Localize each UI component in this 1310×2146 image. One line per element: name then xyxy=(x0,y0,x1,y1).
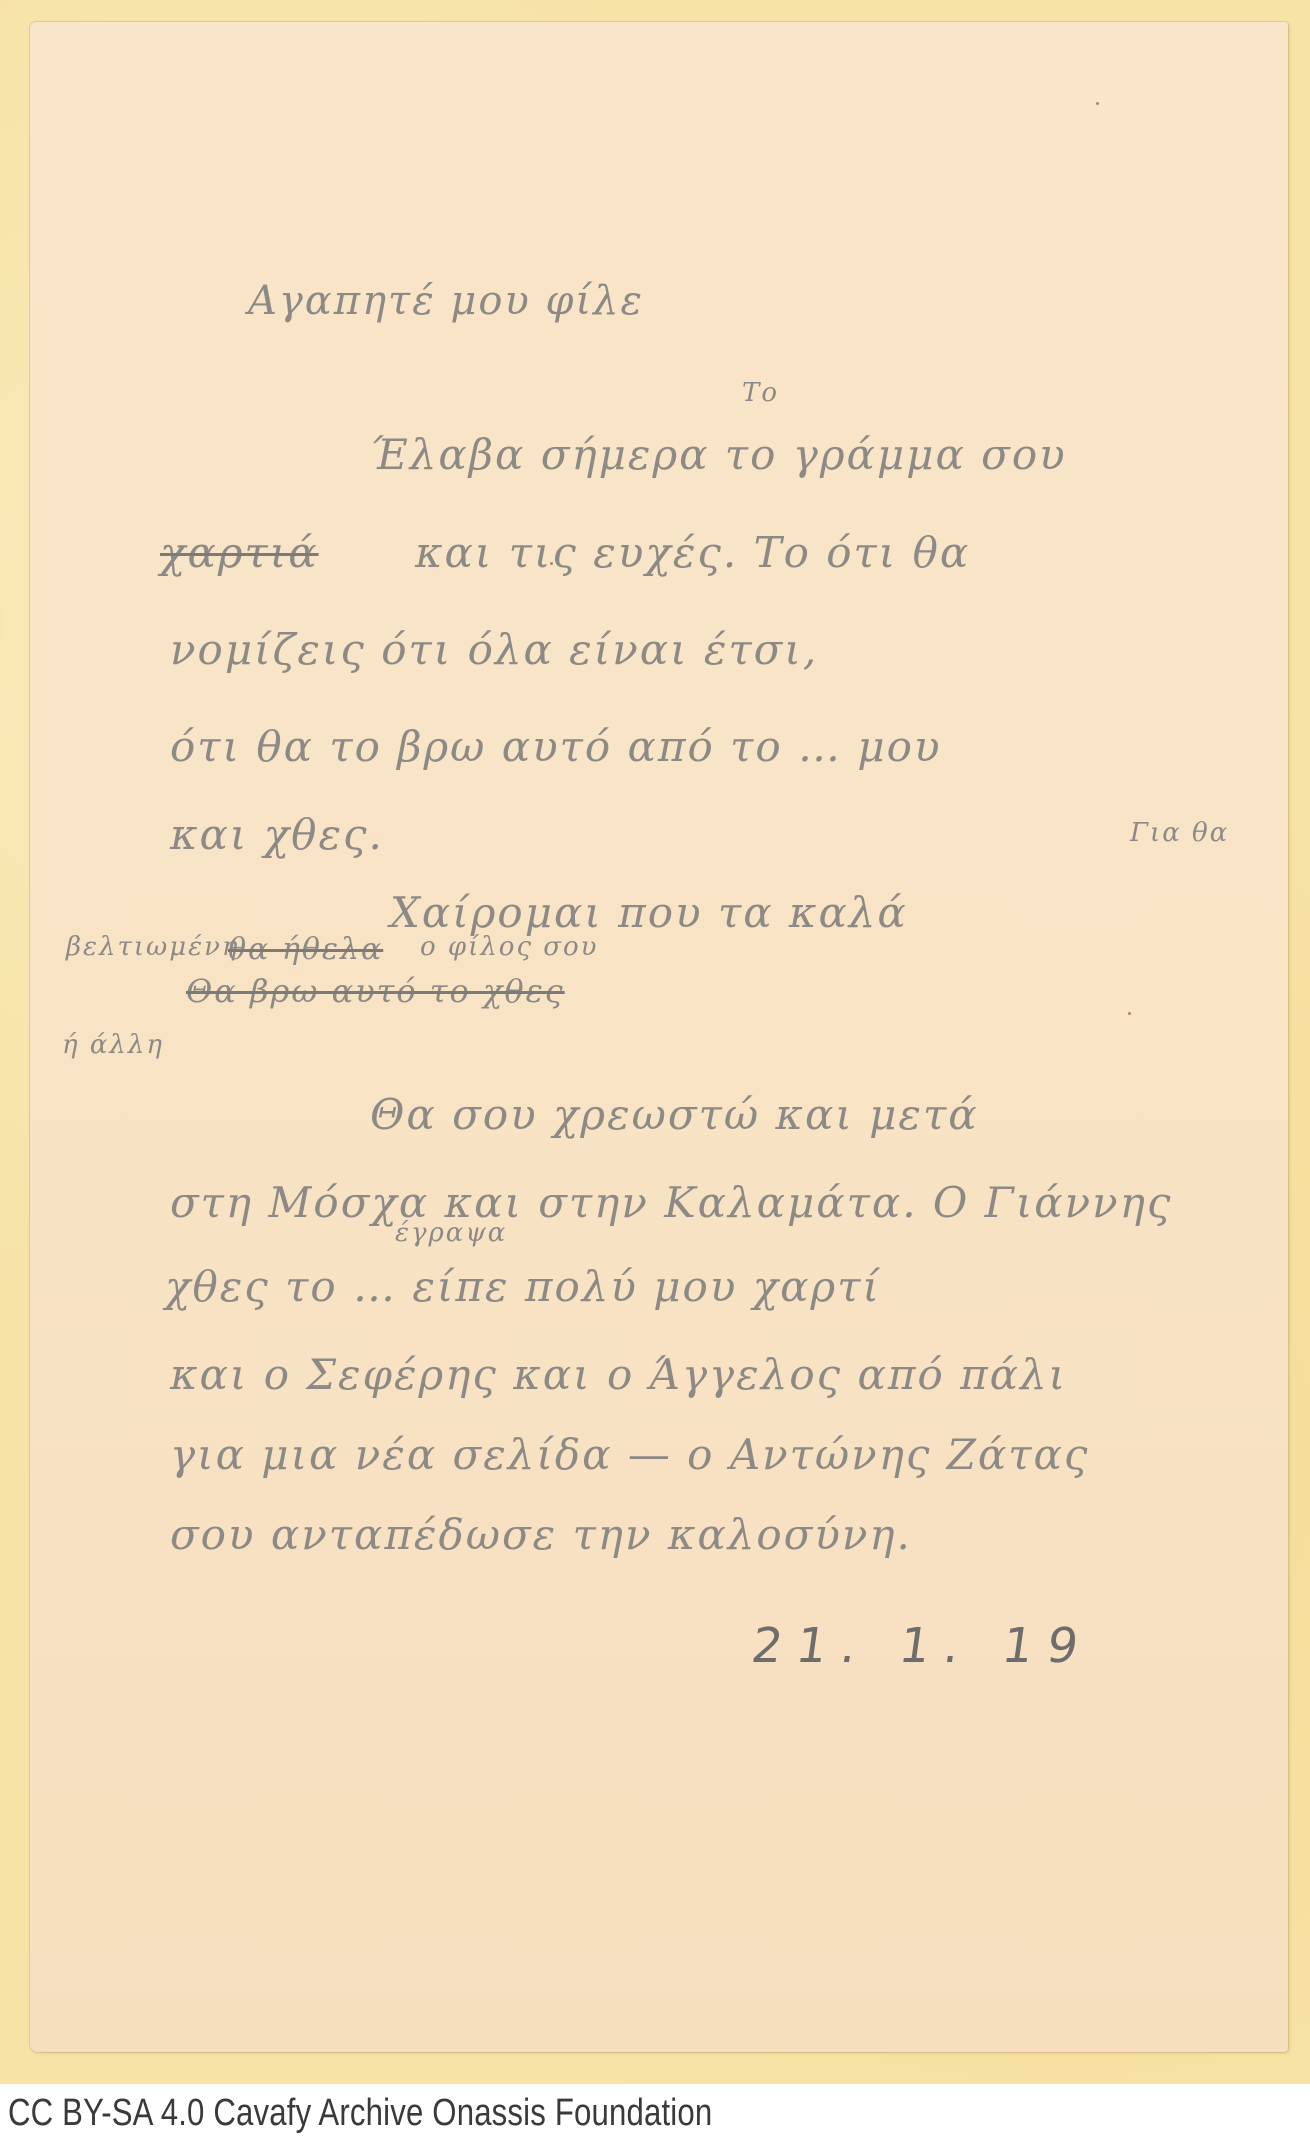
paper-speck xyxy=(1096,102,1099,105)
salutation: Αγαπητέ μου φίλε xyxy=(248,278,644,324)
manuscript-line: σου ανταπέδωσε την καλοσύνη. xyxy=(170,1510,912,1559)
paper-speck xyxy=(1128,1012,1131,1015)
manuscript-line: και χθες. xyxy=(170,810,384,859)
manuscript-line: Έλαβα σήμερα το γράμμα σου xyxy=(370,430,1067,479)
manuscript-line: ο φίλος σου xyxy=(420,932,598,962)
manuscript-line: Θα σου χρεωστώ και μετά xyxy=(370,1090,979,1139)
manuscript-sheet xyxy=(30,22,1288,2052)
interlinear-note: έγραψα xyxy=(395,1218,507,1248)
manuscript-line-struck: Θα βρω αυτό το χθες xyxy=(186,972,565,1010)
manuscript-line-struck: χαρτιά xyxy=(160,528,319,577)
manuscript-line: και τις ευχές. Το ότι θα xyxy=(415,528,970,577)
manuscript-line: ότι θα το βρω αυτό από το … μου xyxy=(170,722,942,771)
interlinear-note: Για θα xyxy=(1130,818,1229,848)
manuscript-line: και ο Σεφέρης και ο Άγγελος από πάλι xyxy=(170,1350,1067,1399)
margin-note: ή άλλη xyxy=(62,1030,164,1060)
manuscript-line-struck: θα ήθελα xyxy=(228,932,383,967)
manuscript-line: στη Μόσχα και στην Καλαμάτα. Ο Γιάννης xyxy=(170,1178,1172,1227)
manuscript-line: για μια νέα σελίδα — ο Αντώνης Ζάτας xyxy=(170,1430,1089,1479)
interlinear-note: Το xyxy=(742,378,779,408)
letter-date: 21. 1. 19 xyxy=(748,1618,1096,1674)
manuscript-line: Χαίρομαι που τα καλά xyxy=(390,888,908,937)
manuscript-line: χθες το … είπε πολύ μου χαρτί xyxy=(165,1262,881,1311)
manuscript-line: νομίζεις ότι όλα είναι έτσι, xyxy=(170,625,818,674)
license-credit: CC BY-SA 4.0 Cavafy Archive Onassis Foun… xyxy=(8,2092,712,2135)
margin-note: βελτιωμένη xyxy=(66,932,239,962)
